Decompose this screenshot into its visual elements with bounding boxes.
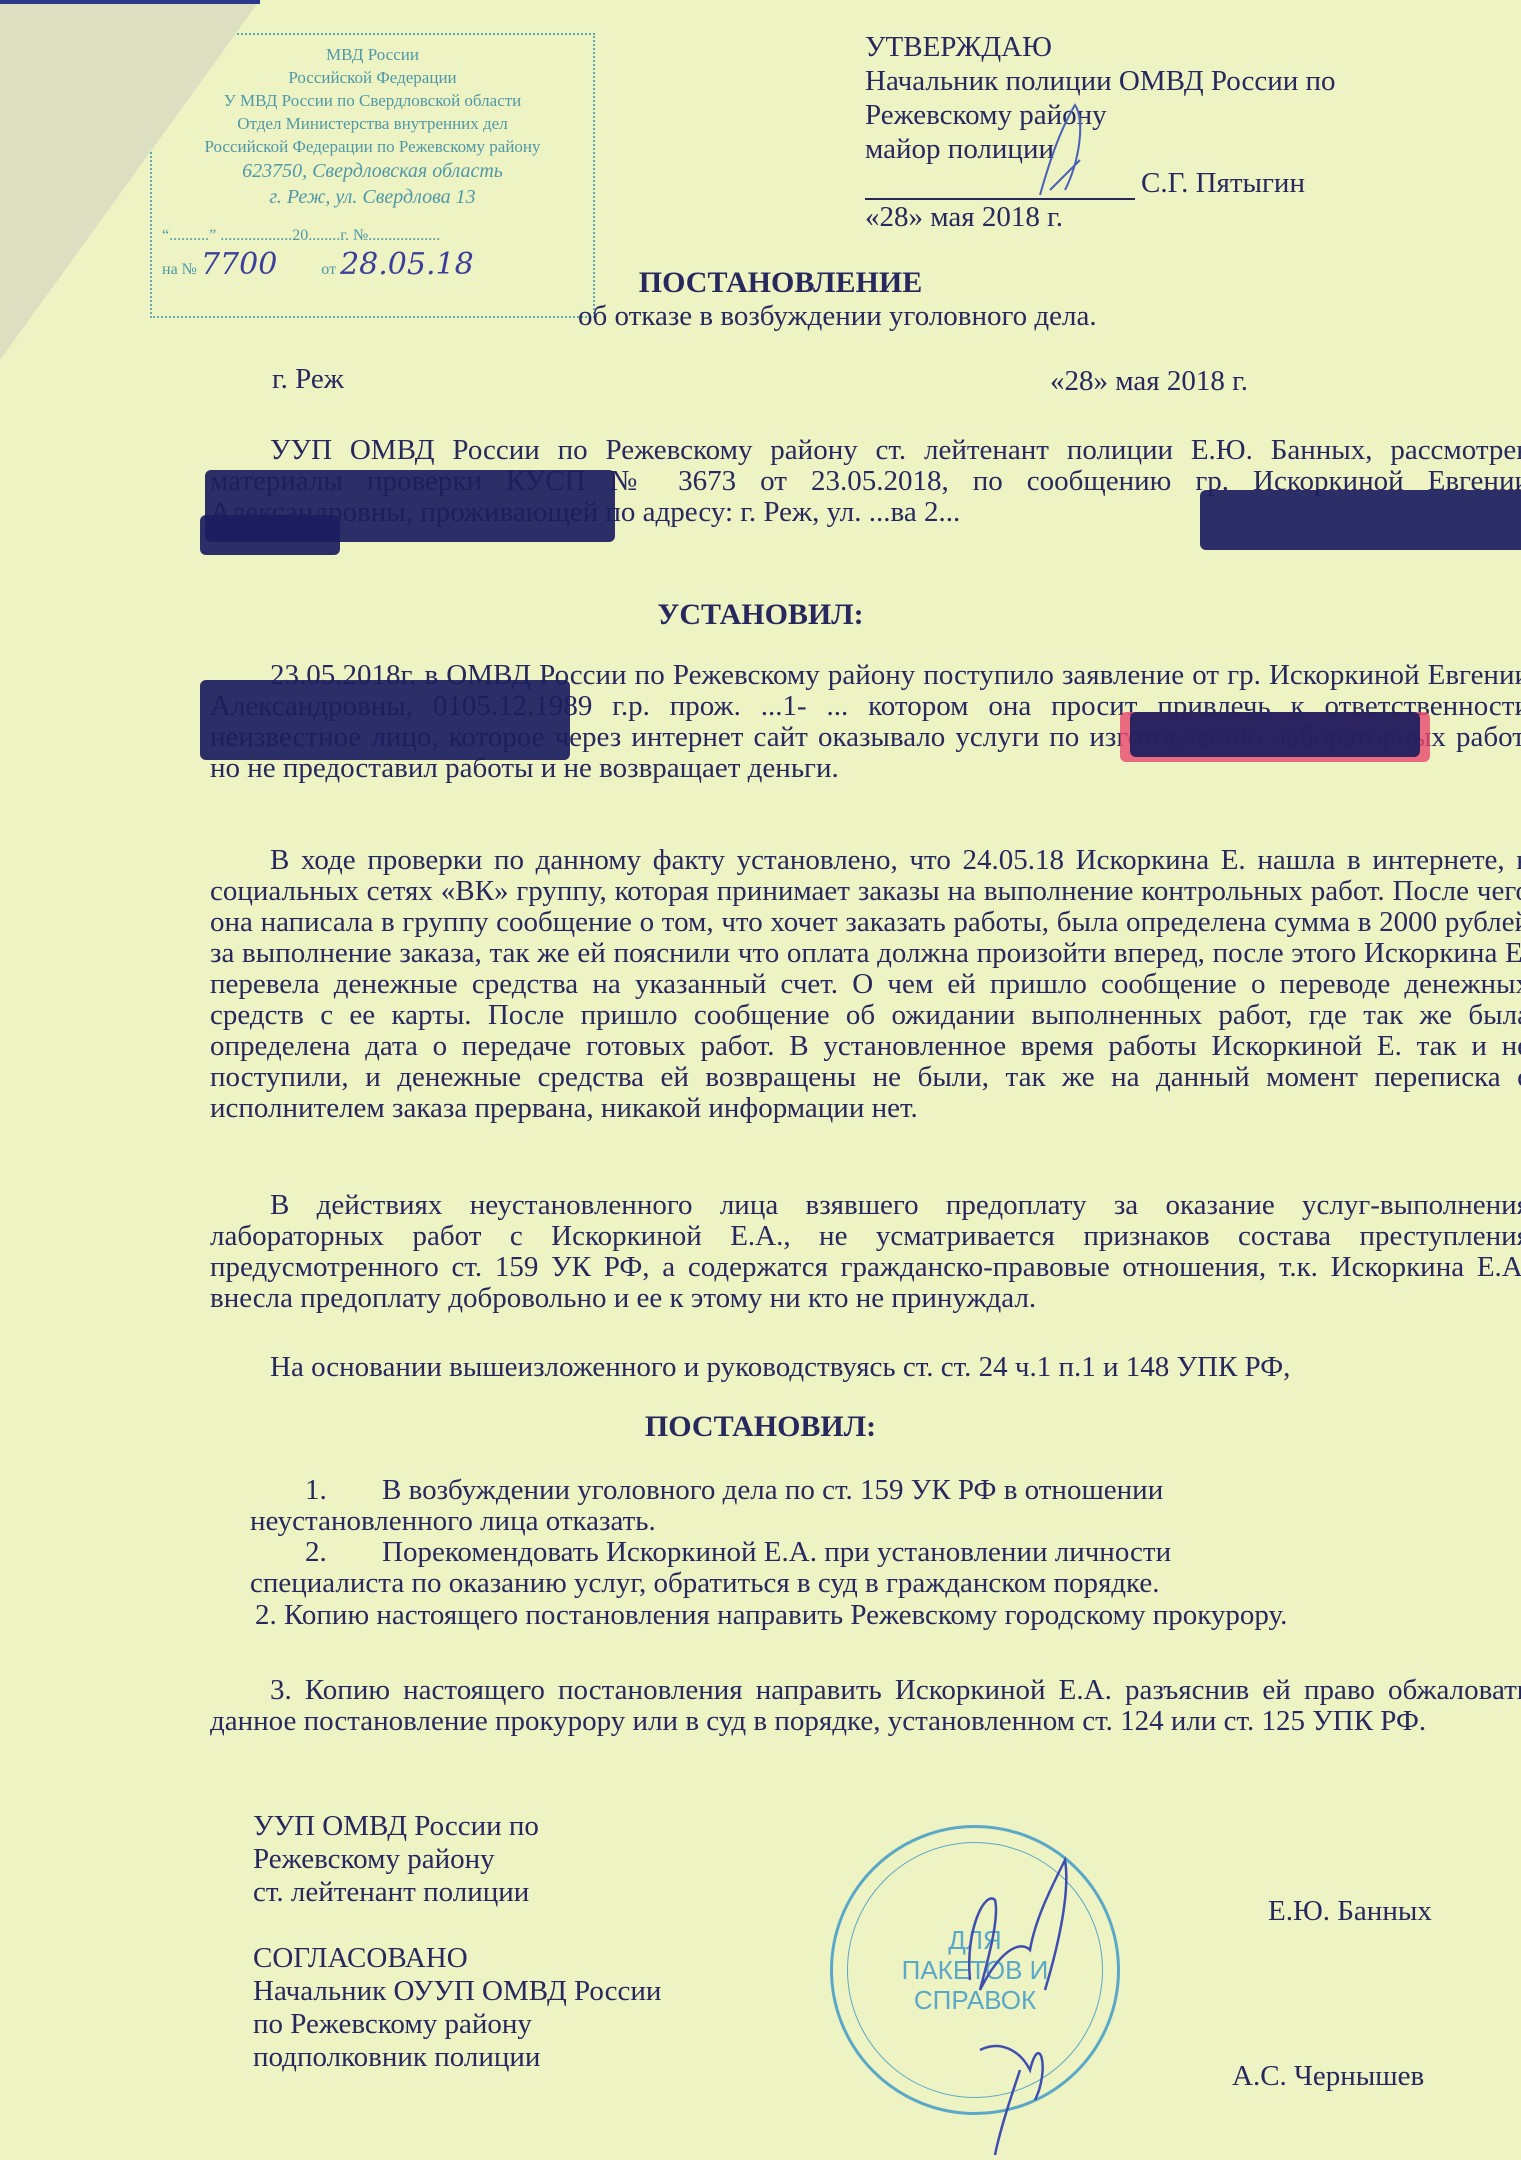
redaction <box>1200 490 1521 550</box>
chief-line: по Режевскому району <box>253 2008 661 2041</box>
officer-line: УУП ОМВД России по <box>253 1810 539 1843</box>
resolved-item-cont: специалиста по оказанию услуг, обратитьс… <box>250 1568 1521 1599</box>
agreed-block: СОГЛАСОВАНО Начальник ОУУП ОМВД России п… <box>253 1942 661 2074</box>
document-date: «28» мая 2018 г. <box>1050 365 1248 398</box>
approval-line: Начальник полиции ОМВД России по <box>865 64 1336 98</box>
agreed-header: СОГЛАСОВАНО <box>253 1942 661 1975</box>
resolved-item: 2. Порекомендовать Искоркиной Е.А. при у… <box>250 1537 1521 1568</box>
established-paragraph: В ходе проверки по данному факту установ… <box>210 845 1521 1124</box>
signature-scribble-icon <box>1030 100 1100 200</box>
approval-signer: С.Г. Пятыгин <box>1141 167 1305 199</box>
resolved-heading: ПОСТАНОВИЛ: <box>0 1410 1521 1444</box>
resolved-item-text: Порекомендовать Искоркиной Е.А. при уста… <box>382 1536 1171 1568</box>
resolved-extra: 2. Копию настоящего постановления направ… <box>255 1600 1521 1631</box>
established-paragraph: В действиях неустановленного лица взявше… <box>210 1190 1521 1314</box>
document-place: г. Реж <box>272 363 344 396</box>
approval-block: УТВЕРЖДАЮ Начальник полиции ОМВД России … <box>865 30 1336 234</box>
redaction <box>200 680 570 760</box>
resolved-list: 1. В возбуждении уголовного дела по ст. … <box>250 1475 1521 1599</box>
established-paragraph: На основании вышеизложенного и руководст… <box>210 1352 1521 1383</box>
redaction <box>1130 712 1420 757</box>
signature-scribble-icon <box>940 1830 1140 2160</box>
approval-line: майор полиции <box>865 132 1336 166</box>
officer-line: ст. лейтенант полиции <box>253 1876 539 1909</box>
document-subtitle: об отказе в возбуждении уголовного дела. <box>578 300 1097 333</box>
resolved-item-text: В возбуждении уголовного дела по ст. 159… <box>382 1474 1163 1506</box>
approval-signature-row: С.Г. Пятыгин <box>865 166 1336 200</box>
approval-header: УТВЕРЖДАЮ <box>865 30 1336 64</box>
resolved-extra: 3. Копию настоящего постановления направ… <box>210 1675 1521 1737</box>
established-heading: УСТАНОВИЛ: <box>0 598 1521 632</box>
chief-name: А.С. Чернышев <box>1232 2060 1424 2093</box>
resolved-item-number: 2. <box>305 1536 327 1568</box>
officer-block: УУП ОМВД России по Режевскому району ст.… <box>253 1810 539 1909</box>
chief-line: Начальник ОУУП ОМВД России <box>253 1975 661 2008</box>
resolved-item-number: 1. <box>305 1474 327 1506</box>
folded-corner <box>0 0 260 360</box>
folded-corner-edge <box>0 0 260 4</box>
approval-date: «28» мая 2018 г. <box>865 200 1336 234</box>
chief-line: подполковник полиции <box>253 2041 661 2074</box>
officer-name: Е.Ю. Банных <box>1268 1895 1432 1928</box>
approval-line: Режевскому району <box>865 98 1336 132</box>
redaction <box>200 515 340 555</box>
resolved-item: 1. В возбуждении уголовного дела по ст. … <box>250 1475 1521 1506</box>
resolved-item-cont: неустановленного лица отказать. <box>250 1506 1521 1537</box>
officer-line: Режевскому району <box>253 1843 539 1876</box>
